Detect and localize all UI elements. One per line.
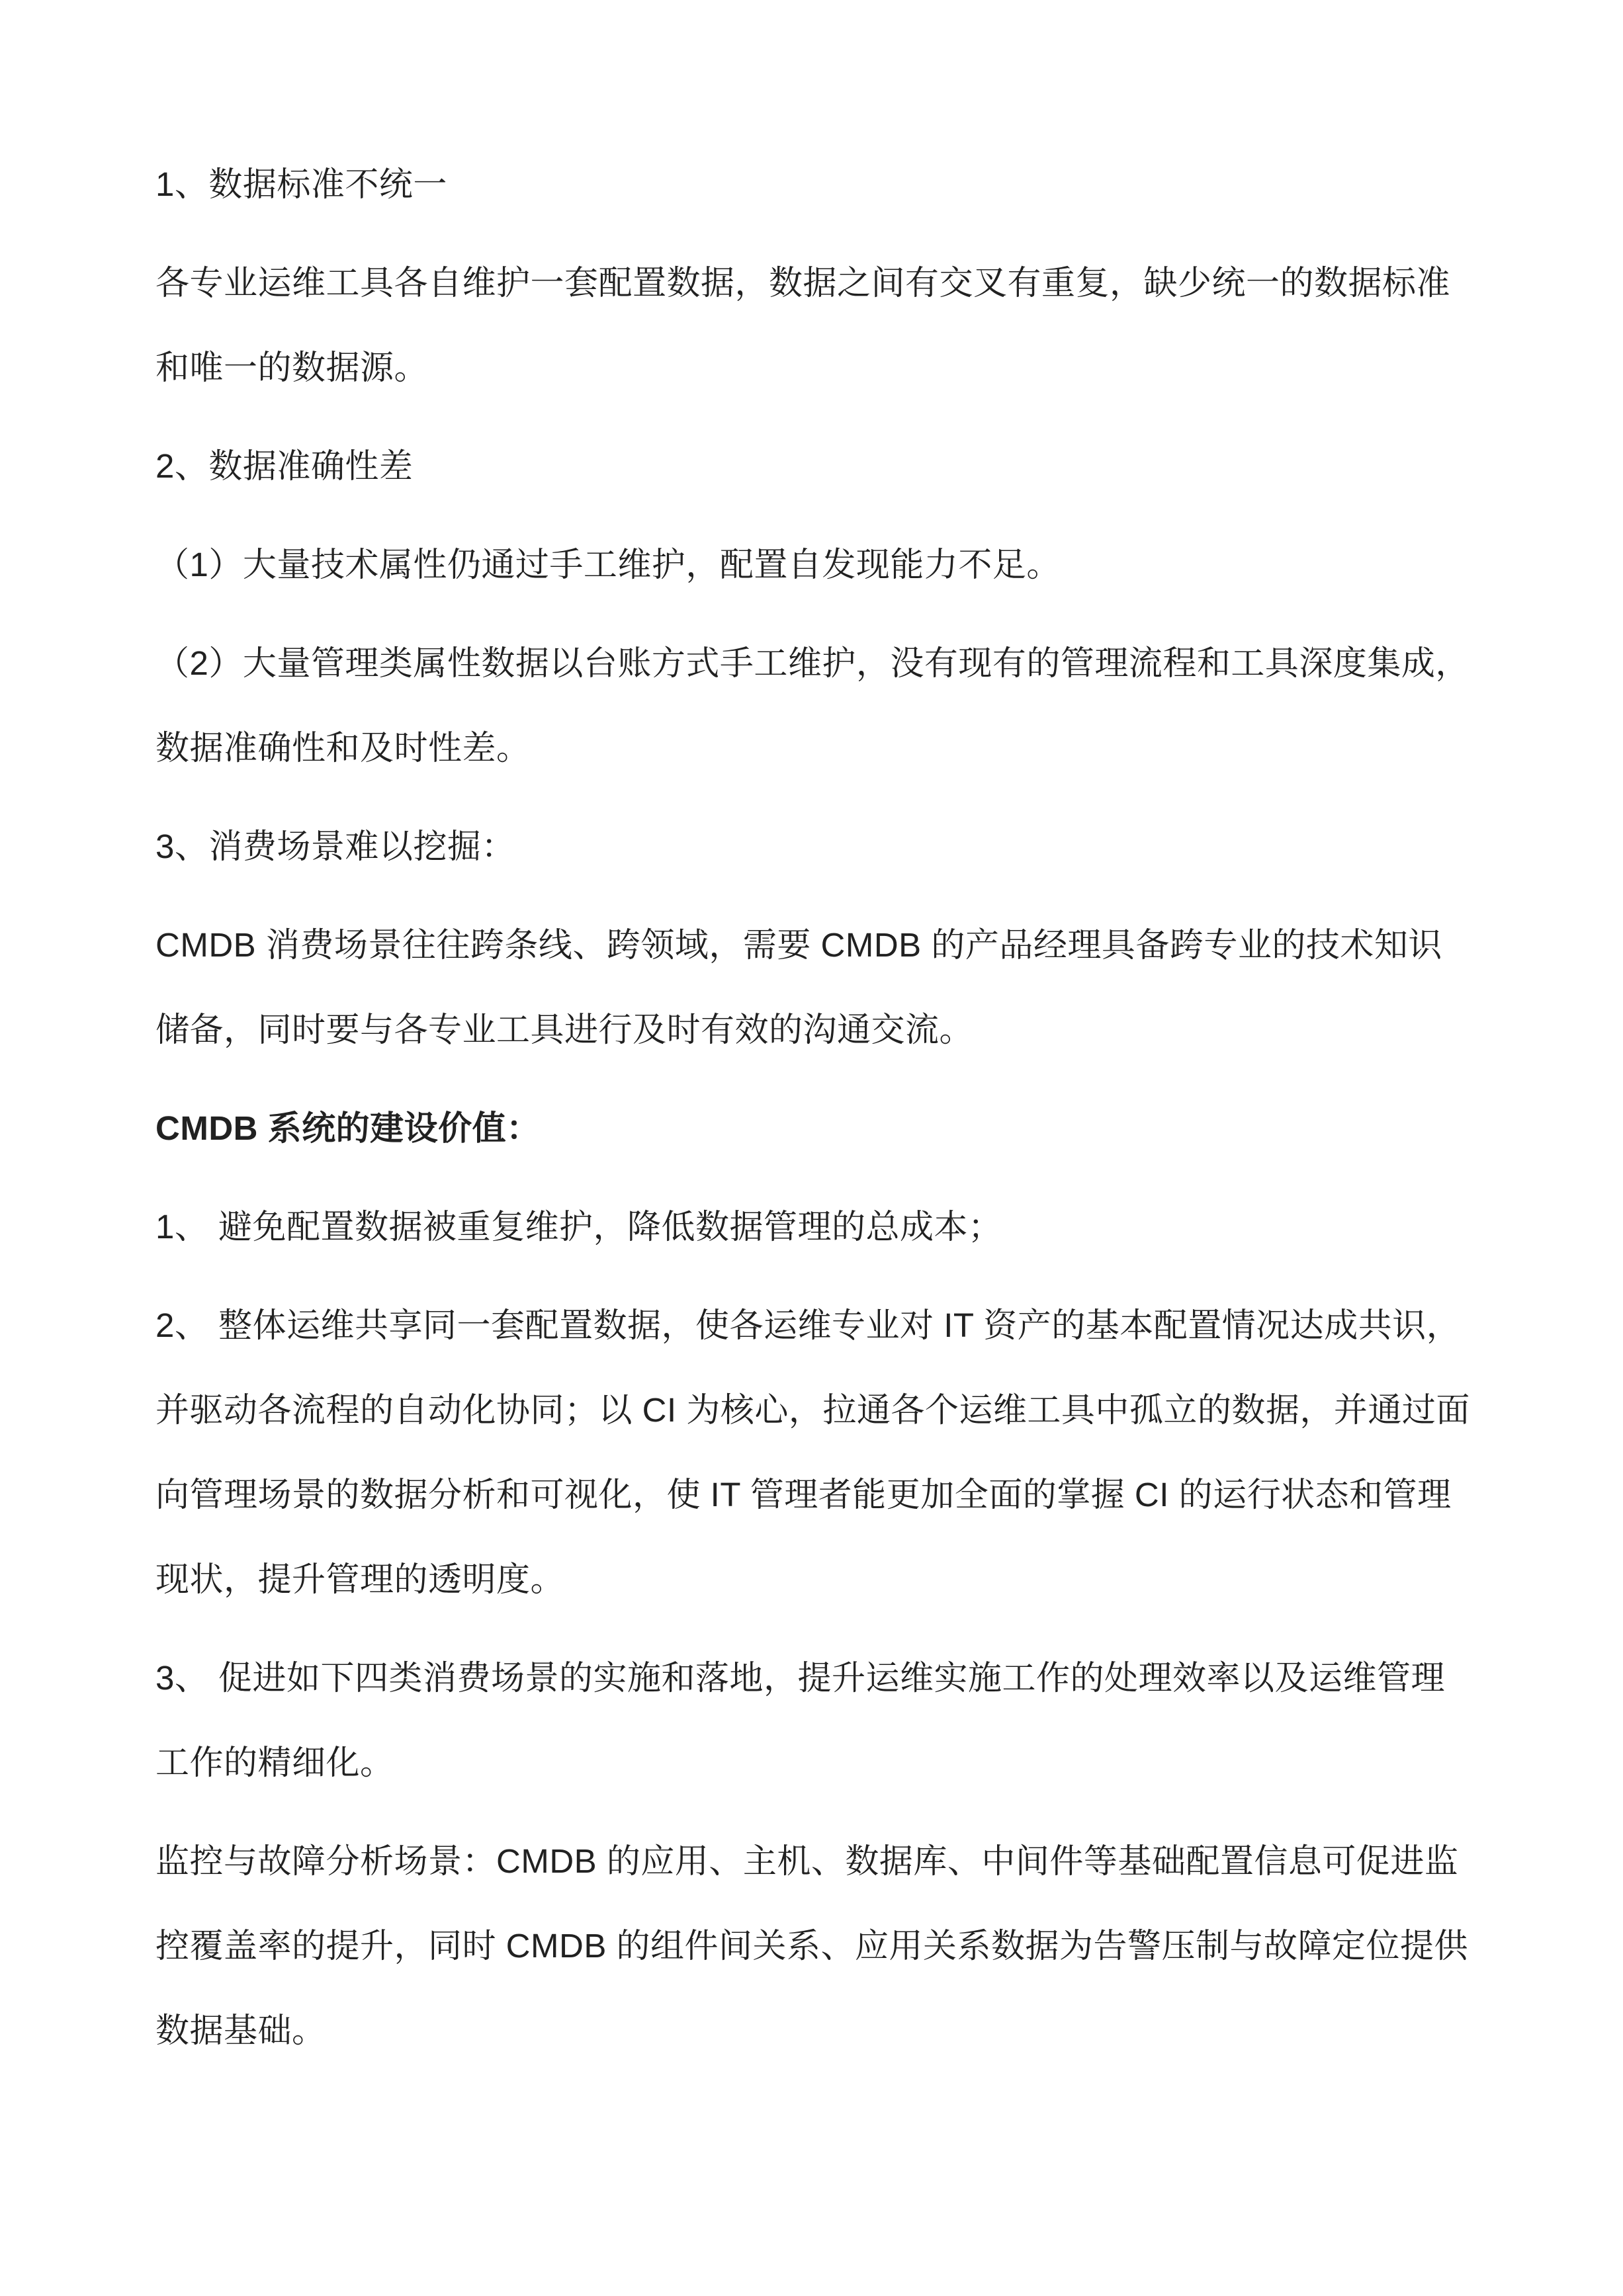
paragraph-issue-1-body: 各专业运维工具各自维护一套配置数据，数据之间有交叉有重复，缺少统一的数据标准和唯… [155,241,1472,410]
document-page: 1、数据标准不统一 各专业运维工具各自维护一套配置数据，数据之间有交叉有重复，缺… [0,0,1623,2296]
paragraph-issue-2-heading: 2、数据准确性差 [155,424,1472,509]
paragraph-monitoring-scenario: 监控与故障分析场景：CMDB 的应用、主机、数据库、中间件等基础配置信息可促进监… [155,1819,1472,2073]
paragraph-issue-3-heading: 3、消费场景难以挖掘： [155,804,1472,889]
paragraph-issue-1-heading: 1、数据标准不统一 [155,142,1472,227]
paragraph-value-3: 3、 促进如下四类消费场景的实施和落地，提升运维实施工作的处理效率以及运维管理工… [155,1636,1472,1805]
paragraph-issue-3-body: CMDB 消费场景往往跨条线、跨领域，需要 CMDB 的产品经理具备跨专业的技术… [155,903,1472,1072]
paragraph-value-2: 2、 整体运维共享同一套配置数据，使各运维专业对 IT 资产的基本配置情况达成共… [155,1283,1472,1622]
paragraph-value-1: 1、 避免配置数据被重复维护，降低数据管理的总成本； [155,1185,1472,1269]
section-heading-cmdb-value: CMDB 系统的建设价值： [155,1086,1472,1171]
paragraph-issue-2-item-2: （2）大量管理类属性数据以台账方式手工维护，没有现有的管理流程和工具深度集成，数… [155,621,1472,790]
paragraph-issue-2-item-1: （1）大量技术属性仍通过手工维护，配置自发现能力不足。 [155,523,1472,607]
